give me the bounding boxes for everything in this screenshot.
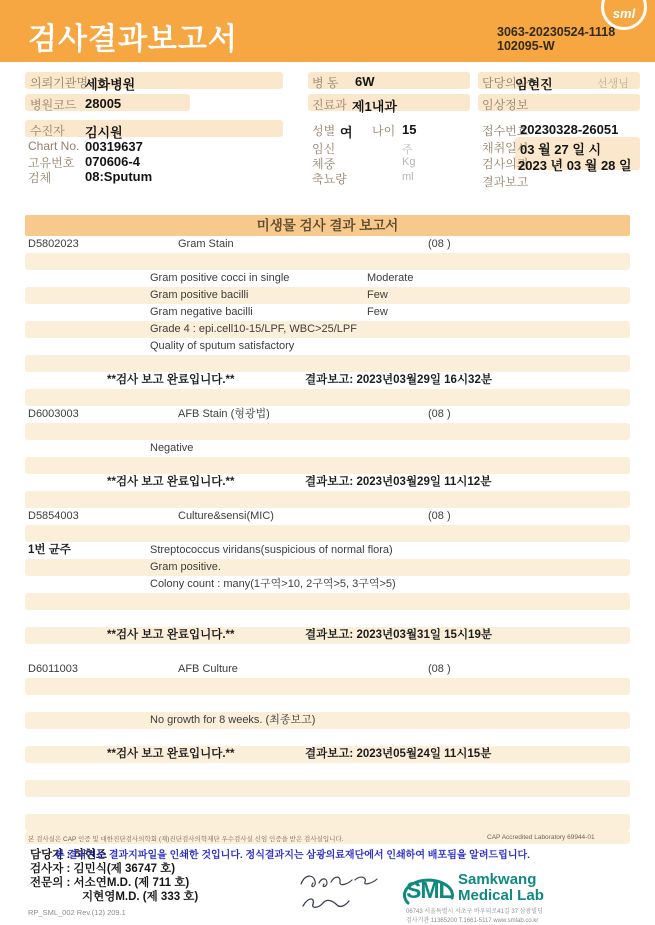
table-row: D5854003Culture&sensi(MIC)(08 )	[25, 508, 630, 525]
field-value-specimen: 08:Sputum	[85, 169, 152, 184]
cell-text: Quality of sputum satisfactory	[150, 338, 294, 355]
cell-text: 1번 균주	[28, 542, 71, 559]
table-row: Gram negative bacilliFew	[25, 304, 630, 321]
cell-text: **검사 보고 완료입니다.**	[107, 474, 234, 491]
field-label: 축뇨량	[312, 170, 347, 187]
field-label: 검체	[28, 169, 51, 186]
section-title: 미생물 검사 결과 보고서	[25, 215, 630, 236]
staff-specialist-2: 지현영M.D. (제 333 호)	[82, 888, 198, 904]
cell-text: Few	[367, 304, 388, 321]
report-number-line1: 3063-20230524-1118	[497, 25, 615, 39]
field-unit: Kg	[402, 156, 415, 168]
cell-text: 결과보고: 2023년05월24일 11시15분	[305, 746, 491, 763]
page-title: 검사결과보고서	[28, 14, 238, 58]
field-label: 수진자	[30, 122, 65, 139]
table-row	[25, 644, 630, 661]
cell-text: **검사 보고 완료입니다.**	[107, 627, 234, 644]
table-row	[25, 814, 630, 831]
field-label: Chart No.	[28, 139, 79, 153]
cell-text: AFB Stain (형광법)	[178, 406, 270, 423]
cell-text: Streptococcus viridans(suspicious of nor…	[150, 542, 393, 559]
table-row: Grade 4 : epi.cell10-15/LPF, WBC>25/LPF	[25, 321, 630, 338]
document-code: RP_SML_002 Rev.(12) 209.1	[28, 908, 126, 917]
table-row	[25, 729, 630, 746]
accreditation-en: CAP Accredited Laboratory 69944-01	[487, 834, 595, 841]
field-unit: ml	[402, 171, 414, 183]
sml-address-line1: 06743 서울특별시 서초구 바우뫼로41길 37 삼광빌딩	[406, 908, 543, 917]
report-page: 검사결과보고서 3063-20230524-1118 102095-W sml …	[0, 0, 655, 925]
cell-text: Gram Stain	[178, 236, 234, 253]
field-value-age: 15	[402, 122, 416, 137]
field-value-chart-no: 00319637	[85, 139, 143, 154]
table-row	[25, 695, 630, 712]
sml-name-line1: Samkwang	[458, 872, 544, 888]
table-row	[25, 457, 630, 474]
table-row: D6011003AFB Culture(08 )	[25, 661, 630, 678]
accreditation-row: 본 검사실은 CAP 인증 및 대한진단검사의학회 (재)진단검사의학재단 우수…	[25, 831, 630, 844]
cell-text: Moderate	[367, 270, 413, 287]
table-row	[25, 389, 630, 406]
table-row	[25, 525, 630, 542]
table-row: 1번 균주Streptococcus viridans(suspicious o…	[25, 542, 630, 559]
cell-text: (08 )	[428, 661, 451, 678]
cell-text: Negative	[150, 440, 193, 457]
table-row: D6003003AFB Stain (형광법)(08 )	[25, 406, 630, 423]
table-row: Colony count : many(1구역>10, 2구역>5, 3구역>5…	[25, 576, 630, 593]
table-row: **검사 보고 완료입니다.**결과보고: 2023년05월24일 11시15분	[25, 746, 630, 763]
table-row	[25, 763, 630, 780]
field-label: 성별	[312, 122, 335, 139]
field-value-receipt-no: 20230328-26051	[520, 122, 618, 137]
cell-text: Few	[367, 287, 388, 304]
print-notice: 본 결과지는 결과지파일을 인쇄한 것입니다. 정식결과지는 삼광의료재단에서 …	[55, 846, 530, 861]
cell-text: **검사 보고 완료입니다.**	[107, 746, 234, 763]
cell-text: Culture&sensi(MIC)	[178, 508, 274, 525]
cell-text: 결과보고: 2023년03월29일 16시32분	[305, 372, 492, 389]
table-row	[25, 355, 630, 372]
table-row	[25, 491, 630, 508]
sml-circle-text: sml	[604, 6, 644, 21]
cell-text: (08 )	[428, 406, 451, 423]
table-row: Gram positive.	[25, 559, 630, 576]
table-row: Gram positive cocci in singleModerate	[25, 270, 630, 287]
field-label: 결과보고	[482, 173, 528, 190]
cell-text: Gram positive.	[150, 559, 221, 576]
sml-logo-text: SML	[406, 877, 452, 904]
cell-text: (08 )	[428, 236, 451, 253]
field-value-request-date: 2023 년 03 월 28 일	[518, 155, 632, 174]
field-value-unique-no: 070606-4	[85, 154, 140, 169]
field-label: 병 동	[312, 74, 339, 91]
cell-text: Gram positive bacilli	[150, 287, 248, 304]
cell-text: Grade 4 : epi.cell10-15/LPF, WBC>25/LPF	[150, 321, 357, 338]
cell-text: (08 )	[428, 508, 451, 525]
report-numbers: 3063-20230524-1118 102095-W	[497, 25, 615, 53]
sml-logo-icon: SML	[398, 870, 460, 910]
field-label: 진료과	[312, 96, 347, 113]
table-row: D5802023Gram Stain(08 )	[25, 236, 630, 253]
field-value-ward: 6W	[355, 74, 375, 89]
table-row: Gram positive bacilliFew	[25, 287, 630, 304]
table-row: **검사 보고 완료입니다.**결과보고: 2023년03월29일 16시32분	[25, 372, 630, 389]
table-row	[25, 423, 630, 440]
cell-text: D5802023	[28, 236, 79, 253]
table-row: No growth for 8 weeks. (최종보고)	[25, 712, 630, 729]
sml-name-line2: Medical Lab	[458, 888, 544, 904]
cell-text: **검사 보고 완료입니다.**	[107, 372, 234, 389]
cell-text: Gram negative bacilli	[150, 304, 253, 321]
result-rows: D5802023Gram Stain(08 )Gram positive coc…	[25, 236, 630, 831]
accreditation-ko: 본 검사실은 CAP 인증 및 대한진단검사의학회 (재)진단검사의학재단 우수…	[28, 834, 344, 843]
cell-text: D6003003	[28, 406, 79, 423]
cell-text: D5854003	[28, 508, 79, 525]
field-value-sex: 여	[340, 122, 353, 141]
signature-icon	[295, 870, 385, 916]
table-row: Negative	[25, 440, 630, 457]
table-row: **검사 보고 완료입니다.**결과보고: 2023년03월31일 15시19분	[25, 627, 630, 644]
sml-company-name: Samkwang Medical Lab	[458, 872, 544, 904]
table-row	[25, 593, 630, 610]
field-label: 병원코드	[30, 96, 76, 113]
cell-text: Colony count : many(1구역>10, 2구역>5, 3구역>5…	[150, 576, 396, 593]
table-row: **검사 보고 완료입니다.**결과보고: 2023년03월29일 11시12분	[25, 474, 630, 491]
sml-address-line2: 검사기관 11365200 T.1661-5117 www.smlab.co.k…	[406, 917, 543, 925]
field-label: 임상정보	[482, 96, 528, 113]
cell-text: D6011003	[28, 661, 78, 678]
table-row	[25, 253, 630, 270]
table-row: Quality of sputum satisfactory	[25, 338, 630, 355]
field-label: 의뢰기관명	[30, 74, 88, 91]
cell-text: Gram positive cocci in single	[150, 270, 289, 287]
sml-address: 06743 서울특별시 서초구 바우뫼로41길 37 삼광빌딩 검사기관 113…	[406, 908, 543, 925]
cell-text: 결과보고: 2023년03월29일 11시12분	[305, 474, 491, 491]
field-unit: 주	[402, 141, 413, 157]
report-number-line2: 102095-W	[497, 39, 615, 53]
results-table: 미생물 검사 결과 보고서 D5802023Gram Stain(08 )Gra…	[25, 215, 630, 844]
table-row	[25, 780, 630, 797]
table-row	[25, 678, 630, 695]
cell-text: No growth for 8 weeks. (최종보고)	[150, 712, 315, 729]
field-value-hospital: 세화병원	[85, 74, 135, 93]
table-row	[25, 797, 630, 814]
report-header: 검사결과보고서 3063-20230524-1118 102095-W sml	[0, 0, 655, 62]
sml-footer-logo: SML Samkwang Medical Lab 06743 서울특별시 서초구…	[398, 870, 638, 922]
table-row	[25, 610, 630, 627]
cell-text: 결과보고: 2023년03월31일 15시19분	[305, 627, 492, 644]
cell-text: AFB Culture	[178, 661, 238, 678]
field-label: 나이	[372, 122, 395, 139]
doctor-honorific: 선생님	[597, 75, 629, 91]
field-value-department: 제1내과	[352, 96, 397, 115]
field-value-hospital-code: 28005	[85, 96, 121, 111]
field-value-doctor: 임현진	[515, 74, 553, 93]
